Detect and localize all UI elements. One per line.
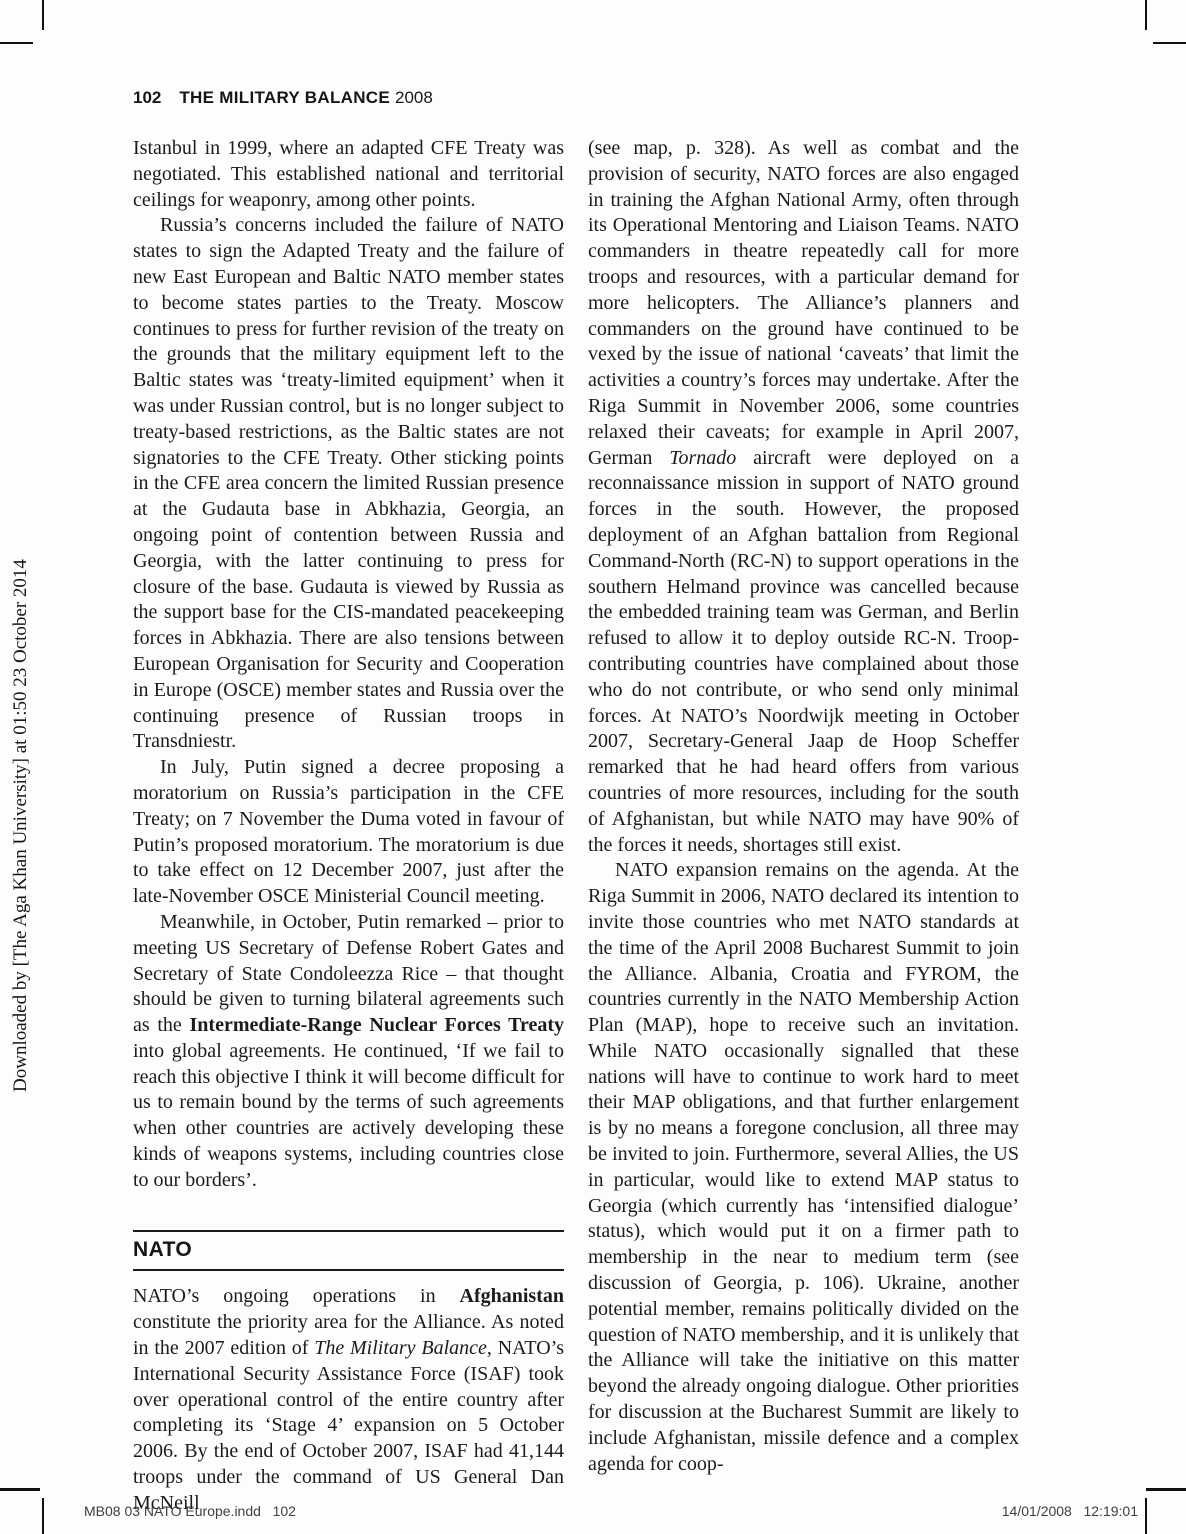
- paragraph: Istanbul in 1999, where an adapted CFE T…: [133, 136, 564, 213]
- italic-text: The Military Balance: [314, 1337, 487, 1359]
- footer-timestamp: 14/01/2008 12:19:01: [1002, 1503, 1138, 1519]
- page-number: 102: [133, 88, 161, 107]
- body-text: NATO expansion remains on the agenda. At…: [588, 859, 1019, 1474]
- left-text-column: Istanbul in 1999, where an adapted CFE T…: [133, 136, 564, 1517]
- book-year: 2008: [395, 88, 433, 107]
- paragraph: Russia’s concerns included the failure o…: [133, 213, 564, 755]
- crop-mark-bottom-left-vertical: [42, 1498, 44, 1534]
- paragraph: (see map, p. 328). As well as combat and…: [588, 136, 1019, 858]
- body-text: into global agreements. He continued, ‘I…: [133, 1040, 564, 1191]
- italic-text: Tornado: [669, 447, 736, 469]
- crop-mark-top-right-vertical: [1145, 0, 1147, 30]
- scanned-book-page: 102THE MILITARY BALANCE2008 Downloaded b…: [0, 0, 1186, 1534]
- crop-mark-top-left-vertical: [42, 0, 44, 30]
- body-text: , NATO’s International Security Assistan…: [133, 1337, 564, 1514]
- right-text-column: (see map, p. 328). As well as combat and…: [588, 136, 1019, 1477]
- bold-text: Afghanistan: [460, 1285, 564, 1307]
- paragraph: Meanwhile, in October, Putin remarked – …: [133, 910, 564, 1194]
- crop-mark-top-right-horizontal: [1153, 42, 1186, 44]
- body-text: Russia’s concerns included the failure o…: [133, 214, 564, 752]
- page-header: 102THE MILITARY BALANCE2008: [133, 88, 433, 108]
- bold-text: Intermediate-Range Nuclear Forces Treaty: [190, 1014, 565, 1036]
- crop-mark-top-left-horizontal: [0, 42, 33, 44]
- paragraph: In July, Putin signed a decree proposing…: [133, 755, 564, 910]
- body-text: NATO’s ongoing operations in: [133, 1285, 460, 1307]
- crop-mark-bottom-right-vertical: [1145, 1498, 1147, 1534]
- paragraph: NATO’s ongoing operations in Afghanistan…: [133, 1284, 564, 1516]
- footer-filename: MB08 03 NATO Europe.indd 102: [84, 1503, 296, 1519]
- body-text: aircraft were deployed on a reconnaissan…: [588, 447, 1019, 856]
- body-text: In July, Putin signed a decree proposing…: [133, 756, 564, 907]
- download-watermark: Downloaded by [The Aga Khan University] …: [10, 432, 32, 1092]
- crop-mark-bottom-right-horizontal: [1146, 1488, 1186, 1491]
- section-heading: NATO: [133, 1230, 564, 1272]
- book-title: THE MILITARY BALANCE: [179, 88, 390, 107]
- body-text: (see map, p. 328). As well as combat and…: [588, 137, 1019, 469]
- paragraph: NATO expansion remains on the agenda. At…: [588, 858, 1019, 1477]
- body-text: Istanbul in 1999, where an adapted CFE T…: [133, 137, 564, 211]
- crop-mark-bottom-left-horizontal: [0, 1488, 40, 1491]
